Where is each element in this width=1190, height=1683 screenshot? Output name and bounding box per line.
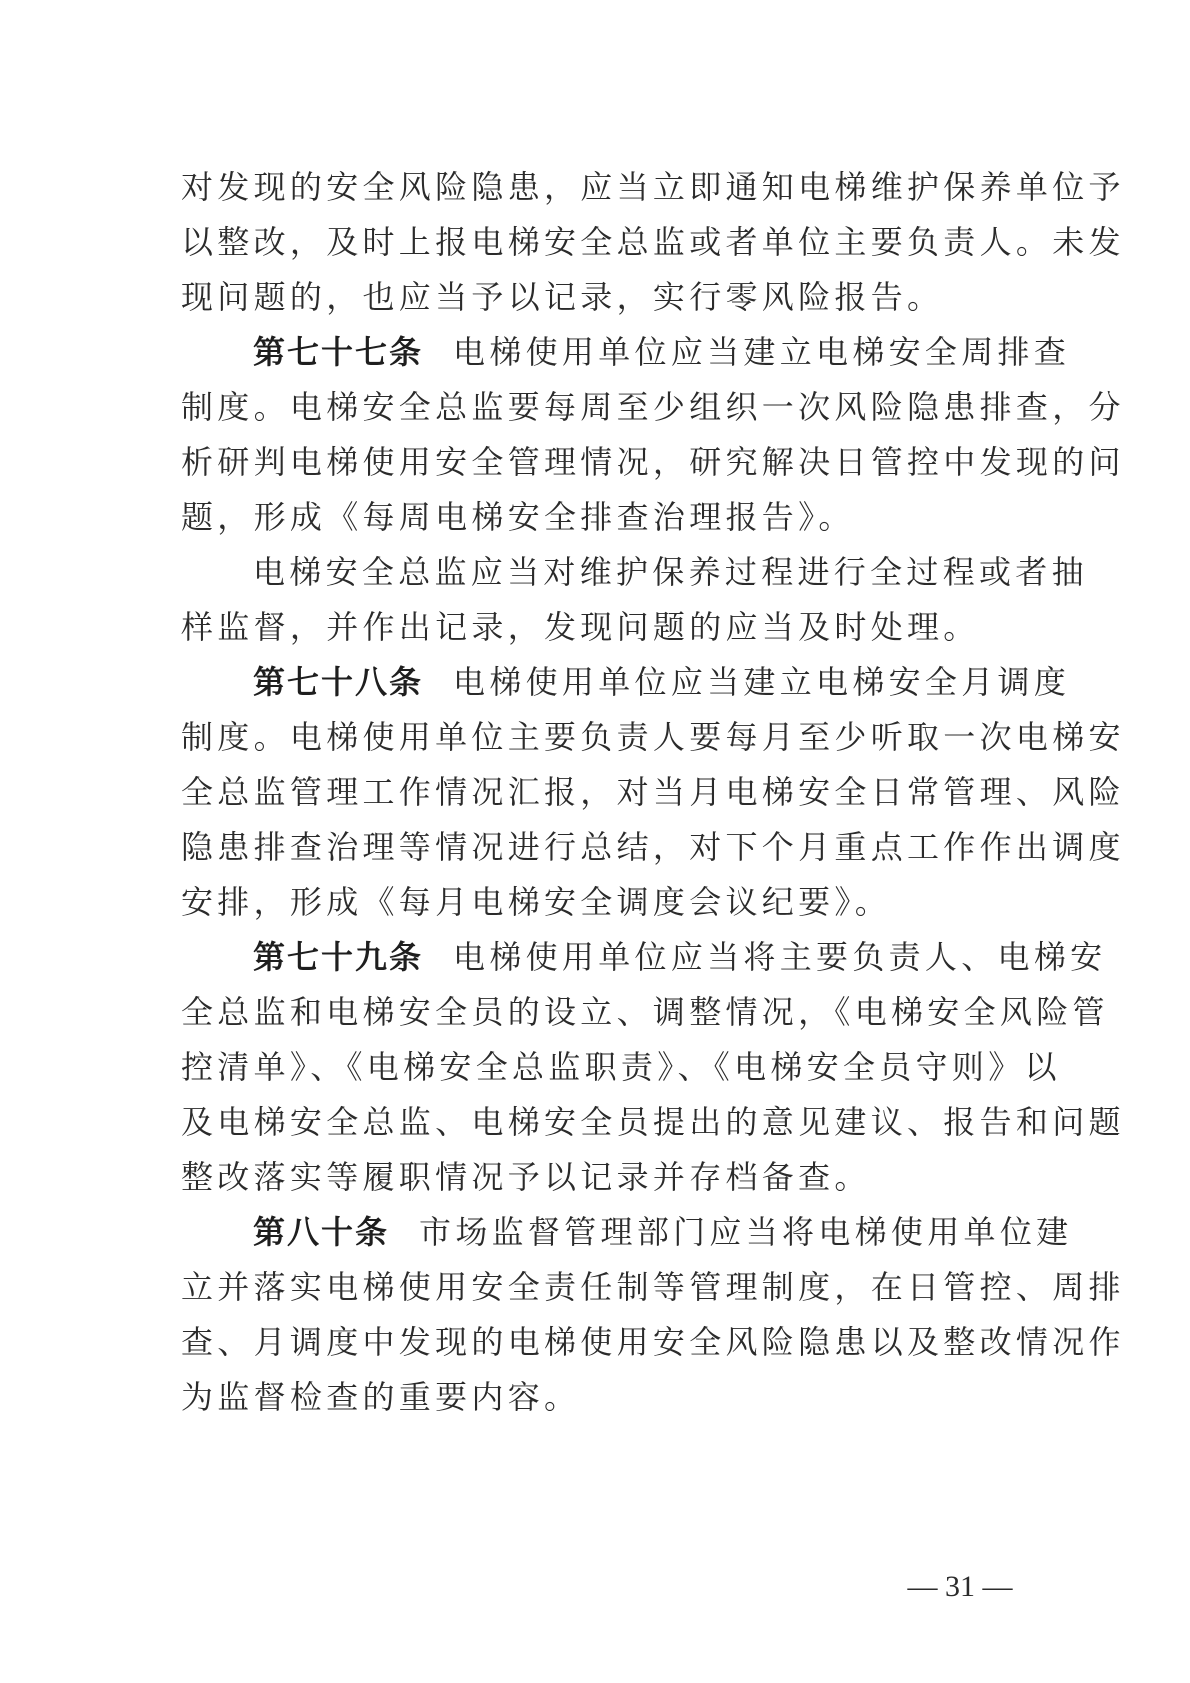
article-number: 第七十七条 (253, 333, 423, 371)
text-line: 电梯安全总监应当对维护保养过程进行全过程或者抽 (181, 545, 1021, 600)
text-line: 析研判电梯使用安全管理情况，研究解决日管控中发现的问 (181, 435, 1021, 490)
line-text: 制度。电梯安全总监要每周至少组织一次风险隐患排查，分 (181, 388, 1125, 426)
article-number: 第八十条 (253, 1213, 389, 1251)
line-text: 题，形成《每周电梯安全排查治理报告》。 (181, 498, 855, 536)
document-body: 对发现的安全风险隐患，应当立即通知电梯维护保养单位予以整改，及时上报电梯安全总监… (181, 160, 1021, 1425)
article-first-line: 第七十八条电梯使用单位应当建立电梯安全月调度 (181, 655, 1021, 710)
article-first-line: 第七十九条电梯使用单位应当将主要负责人、电梯安 (181, 930, 1021, 985)
line-text: 整改落实等履职情况予以记录并存档备查。 (181, 1158, 871, 1196)
text-line: 样监督，并作出记录，发现问题的应当及时处理。 (181, 600, 1021, 655)
line-text: 查、月调度中发现的电梯使用安全风险隐患以及整改情况作 (181, 1323, 1125, 1361)
line-text: 电梯使用单位应当将主要负责人、电梯安 (453, 938, 1106, 976)
text-line: 控清单》、《电梯安全总监职责》、《电梯安全员守则》以 (181, 1040, 1021, 1095)
line-text: 为监督检查的重要内容。 (181, 1378, 580, 1416)
text-line: 及电梯安全总监、电梯安全员提出的意见建议、报告和问题 (181, 1095, 1021, 1150)
text-line: 整改落实等履职情况予以记录并存档备查。 (181, 1150, 1021, 1205)
line-text: 电梯安全总监应当对维护保养过程进行全过程或者抽 (253, 553, 1088, 591)
text-line: 制度。电梯使用单位主要负责人要每月至少听取一次电梯安 (181, 710, 1021, 765)
line-text: 全总监和电梯安全员的设立、调整情况，《电梯安全风险管 (181, 993, 1109, 1031)
text-line: 对发现的安全风险隐患，应当立即通知电梯维护保养单位予 (181, 160, 1021, 215)
line-text: 隐患排查治理等情况进行总结，对下个月重点工作作出调度 (181, 828, 1125, 866)
line-text: 安排，形成《每月电梯安全调度会议纪要》。 (181, 883, 891, 921)
line-text: 析研判电梯使用安全管理情况，研究解决日管控中发现的问 (181, 443, 1125, 481)
line-text: 电梯使用单位应当建立电梯安全月调度 (453, 663, 1070, 701)
page-number: — 31 — (900, 1570, 1020, 1604)
line-text: 及电梯安全总监、电梯安全员提出的意见建议、报告和问题 (181, 1103, 1125, 1141)
text-line: 查、月调度中发现的电梯使用安全风险隐患以及整改情况作 (181, 1315, 1021, 1370)
text-line: 现问题的，也应当予以记录，实行零风险报告。 (181, 270, 1021, 325)
article-number: 第七十八条 (253, 663, 423, 701)
text-line: 立并落实电梯使用安全责任制等管理制度，在日管控、周排 (181, 1260, 1021, 1315)
text-line: 全总监和电梯安全员的设立、调整情况，《电梯安全风险管 (181, 985, 1021, 1040)
line-text: 市场监督管理部门应当将电梯使用单位建 (419, 1213, 1072, 1251)
article-first-line: 第七十七条电梯使用单位应当建立电梯安全周排查 (181, 325, 1021, 380)
text-line: 为监督检查的重要内容。 (181, 1370, 1021, 1425)
line-text: 以整改，及时上报电梯安全总监或者单位主要负责人。未发 (181, 223, 1125, 261)
line-text: 全总监管理工作情况汇报，对当月电梯安全日常管理、风险 (181, 773, 1125, 811)
text-line: 全总监管理工作情况汇报，对当月电梯安全日常管理、风险 (181, 765, 1021, 820)
line-text: 立并落实电梯使用安全责任制等管理制度，在日管控、周排 (181, 1268, 1125, 1306)
text-line: 制度。电梯安全总监要每周至少组织一次风险隐患排查，分 (181, 380, 1021, 435)
line-text: 对发现的安全风险隐患，应当立即通知电梯维护保养单位予 (181, 168, 1125, 206)
line-text: 制度。电梯使用单位主要负责人要每月至少听取一次电梯安 (181, 718, 1125, 756)
text-line: 题，形成《每周电梯安全排查治理报告》。 (181, 490, 1021, 545)
article-first-line: 第八十条市场监督管理部门应当将电梯使用单位建 (181, 1205, 1021, 1260)
line-text: 样监督，并作出记录，发现问题的应当及时处理。 (181, 608, 980, 646)
line-text: 电梯使用单位应当建立电梯安全周排查 (453, 333, 1070, 371)
article-number: 第七十九条 (253, 938, 423, 976)
text-line: 安排，形成《每月电梯安全调度会议纪要》。 (181, 875, 1021, 930)
line-text: 控清单》、《电梯安全总监职责》、《电梯安全员守则》以 (181, 1048, 1061, 1086)
text-line: 隐患排查治理等情况进行总结，对下个月重点工作作出调度 (181, 820, 1021, 875)
text-line: 以整改，及时上报电梯安全总监或者单位主要负责人。未发 (181, 215, 1021, 270)
line-text: 现问题的，也应当予以记录，实行零风险报告。 (181, 278, 943, 316)
